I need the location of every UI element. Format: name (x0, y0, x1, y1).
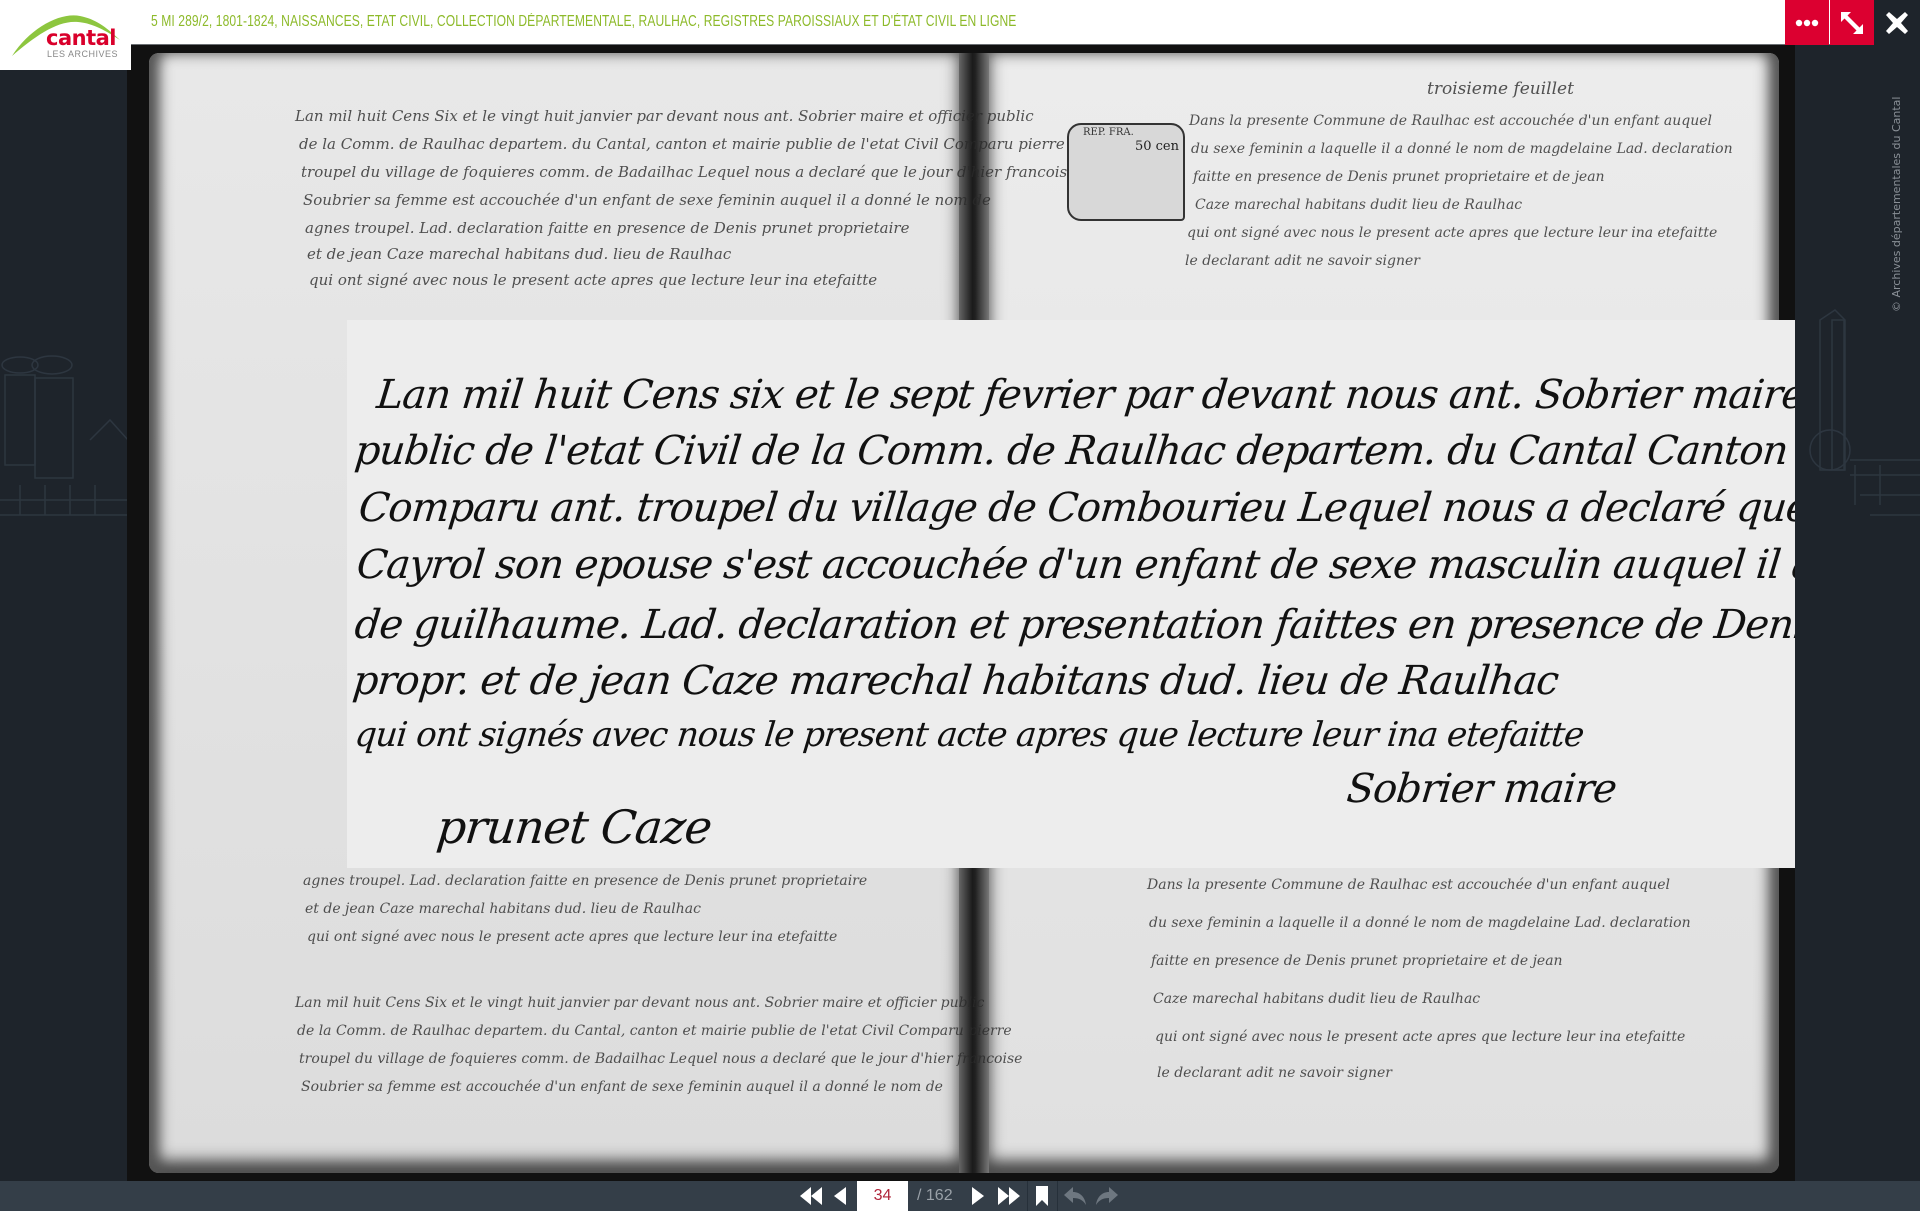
right-page-line: le declarant adit ne savoir signer (1157, 1065, 1392, 1081)
total-pages-label: / 162 (917, 1187, 953, 1205)
tax-stamp: REP. FRA. 50 cen (1067, 123, 1185, 221)
left-page-line: Soubrier sa femme est accouchée d'un enf… (301, 1079, 943, 1095)
fullscreen-button[interactable] (1830, 0, 1874, 45)
left-page-line: agnes troupel. Lad. declaration faitte e… (303, 873, 867, 889)
left-page-line: Soubrier sa femme est accouchée d'un enf… (303, 191, 991, 209)
undo-arrow-icon (1064, 1187, 1086, 1205)
background-illustration-left (0, 300, 128, 540)
previous-page-button[interactable] (830, 1181, 850, 1211)
magnified-line: Lan mil huit Cens six et le sept fevrier… (375, 372, 1795, 418)
double-chevron-left-icon (800, 1187, 822, 1205)
left-page-line: et de jean Caze marechal habitans dud. l… (305, 901, 701, 917)
right-page-line: Caze marechal habitans dudit lieu de Rau… (1195, 197, 1522, 213)
magnified-signatures: prunet Caze (434, 800, 714, 854)
magnified-line: propr. et de jean Caze marechal habitans… (351, 658, 1561, 704)
redo-arrow-icon (1096, 1187, 1118, 1205)
cantal-archives-logo[interactable]: cantal LES ARCHIVES (0, 0, 131, 70)
magnified-line: public de l'etat Civil de la Comm. de Ra… (353, 428, 1795, 474)
page-navigation-bar: / 162 (0, 1181, 1920, 1211)
bookmark-button[interactable] (1032, 1181, 1052, 1211)
document-image-viewer[interactable]: Lan mil huit Cens Six et le vingt huit j… (127, 45, 1795, 1181)
right-page-line: Caze marechal habitans dudit lieu de Rau… (1153, 991, 1480, 1007)
more-options-button[interactable] (1785, 0, 1829, 45)
ellipsis-icon (1795, 19, 1819, 27)
next-page-button[interactable] (968, 1181, 988, 1211)
stamp-value: 50 cen (1135, 139, 1179, 154)
close-button[interactable] (1874, 0, 1920, 46)
right-page-line: faitte en presence de Denis prunet propr… (1151, 953, 1563, 969)
magnified-line: Comparu ant. troupel du village de Combo… (357, 485, 1795, 531)
close-icon (1885, 11, 1909, 35)
double-chevron-right-icon (998, 1187, 1020, 1205)
right-page-line: Dans la presente Commune de Raulhac est … (1147, 877, 1670, 893)
archive-viewer-app: 5 MI 289/2, 1801-1824, NAISSANCES, ETAT … (0, 0, 1920, 1211)
logo-subtitle-text: LES ARCHIVES (47, 49, 118, 59)
left-page-line: Lan mil huit Cens Six et le vingt huit j… (295, 995, 984, 1011)
logo-brand-text: cantal (46, 26, 116, 50)
stamp-text: REP. FRA. (1083, 127, 1134, 138)
right-page-line: troisieme feuillet (1427, 79, 1574, 99)
right-page-line: qui ont signé avec nous le present acte … (1155, 1029, 1685, 1045)
last-page-button[interactable] (996, 1181, 1022, 1211)
left-page-line: qui ont signé avec nous le present acte … (309, 271, 877, 289)
background-illustration-right (1790, 300, 1920, 560)
right-page-line: faitte en presence de Denis prunet propr… (1193, 169, 1605, 185)
left-page-line: troupel du village de foquieres comm. de… (301, 163, 1076, 181)
magnified-signature: Sobrier maire (1345, 766, 1619, 812)
right-page-line: le declarant adit ne savoir signer (1185, 253, 1420, 269)
nav-divider (1027, 1181, 1028, 1211)
left-page-line: agnes troupel. Lad. declaration faitte e… (305, 219, 909, 237)
chevron-right-icon (972, 1187, 984, 1205)
magnified-line: de guilhaume. Lad. declaration et presen… (353, 602, 1795, 648)
right-page-line: qui ont signé avec nous le present acte … (1187, 225, 1717, 241)
magnified-line: Cayrol son epouse s'est accouchée d'un e… (355, 542, 1795, 588)
bookmark-icon (1036, 1186, 1048, 1206)
copyright-notice: © Archives départementales du Cantal (1890, 97, 1903, 312)
first-page-button[interactable] (798, 1181, 824, 1211)
left-page-line: qui ont signé avec nous le present acte … (307, 929, 837, 945)
chevron-left-icon (834, 1187, 846, 1205)
nav-divider (1057, 1181, 1058, 1211)
page-number-input[interactable] (857, 1181, 908, 1211)
left-page-line: et de jean Caze marechal habitans dud. l… (307, 245, 731, 263)
left-page-line: troupel du village de foquieres comm. de… (299, 1051, 1022, 1067)
left-page-line: de la Comm. de Raulhac departem. du Cant… (299, 135, 1065, 153)
right-page-line: du sexe feminin a laquelle il a donné le… (1149, 915, 1691, 931)
left-page-line: de la Comm. de Raulhac departem. du Cant… (297, 1023, 1012, 1039)
left-page-line: Lan mil huit Cens Six et le vingt huit j… (295, 107, 1034, 125)
magnifier-overlay[interactable]: Lan mil huit Cens six et le sept fevrier… (347, 320, 1795, 868)
header-bar: 5 MI 289/2, 1801-1824, NAISSANCES, ETAT … (0, 0, 1920, 45)
document-title: 5 MI 289/2, 1801-1824, NAISSANCES, ETAT … (151, 13, 1016, 31)
right-page-line: Dans la presente Commune de Raulhac est … (1189, 113, 1712, 129)
redo-button[interactable] (1094, 1181, 1120, 1211)
magnified-line: qui ont signés avec nous le present acte… (353, 715, 1585, 755)
expand-arrows-icon (1839, 10, 1865, 36)
undo-button[interactable] (1062, 1181, 1088, 1211)
right-page-line: du sexe feminin a laquelle il a donné le… (1191, 141, 1733, 157)
